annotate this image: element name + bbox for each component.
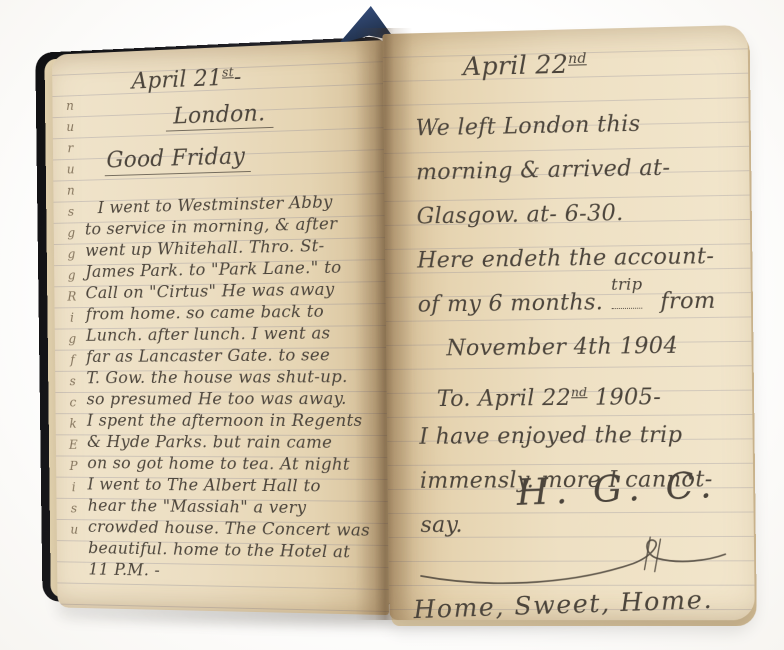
diary-left-page: nurunsgggRigfsckEPisu April 21st- London… <box>52 40 389 615</box>
date-dash: - <box>234 65 242 91</box>
inserted-word: trip <box>611 262 643 309</box>
entry-date-april-21: April 21st- <box>132 64 242 94</box>
edge-letter-fragment: E <box>65 435 82 456</box>
date-ordinal: st <box>222 64 234 79</box>
diary-line: T. Gow. the house was shut-up. <box>86 366 378 389</box>
date-ordinal: nd <box>568 51 587 68</box>
line-text: To. April 22 <box>437 386 571 412</box>
line-text: 1905- <box>587 385 661 411</box>
signature-initials: H. G. C. <box>516 465 720 514</box>
edge-letter-fragment: u <box>62 160 79 182</box>
diary-line: Lunch. after lunch. I went as <box>86 322 378 347</box>
diary-line: from home. so came back to <box>86 300 378 325</box>
entry-place-london: London. <box>166 100 274 131</box>
edge-letter-fragment: s <box>66 499 83 520</box>
diary-right-page: April 22nd We left London thismorning & … <box>382 25 754 620</box>
diary-line: To. April 22nd 1905- <box>437 368 742 415</box>
line-text: of my 6 months. <box>418 290 604 318</box>
photo-background: { "colors": { "page_cream": "#ecdec2", "… <box>0 0 784 650</box>
date-text: April 21 <box>132 66 223 95</box>
edge-letter-fragment: i <box>64 308 81 329</box>
diary-line: I spent the afternoon in Regents <box>87 410 379 432</box>
entry-body-text: I went to Westminster Abbyto service in … <box>85 190 381 586</box>
line-text: from <box>660 288 716 314</box>
diary-line: Here endeth the account- <box>417 234 740 283</box>
diary-line: November 4th 1904 <box>446 324 741 372</box>
diary-line: so presumed He too was away. <box>87 388 379 410</box>
diary-line: We left London this <box>415 100 738 151</box>
edge-letter-fragment: g <box>63 244 80 266</box>
edge-letter-fragment: n <box>62 181 79 203</box>
edge-letter-fragment: u <box>66 520 83 541</box>
edge-letter-fragment: f <box>64 350 81 371</box>
edge-letter-fragment: r <box>62 138 79 160</box>
entry-date-april-22: April 22nd <box>463 49 587 81</box>
diary-line: far as Lancaster Gate. to see <box>86 344 378 368</box>
edge-letter-fragment: k <box>65 414 82 435</box>
edge-letter-fragment: n <box>62 96 79 118</box>
edge-letter-fragment: s <box>64 372 81 393</box>
edge-letter-fragment: u <box>62 117 79 139</box>
edge-letter-fragment: g <box>63 223 80 245</box>
edge-letter-fragment: s <box>63 202 80 224</box>
edge-letter-fragment: P <box>65 456 82 477</box>
edge-letter-fragment: g <box>64 329 81 350</box>
diary-line: on so got home to tea. At night <box>87 453 379 476</box>
edge-letter-fragment: c <box>65 393 82 414</box>
previous-page-edge-letters: nurunsgggRigfsckEPisu <box>62 96 83 541</box>
diary-line: I went to The Albert Hall to <box>87 474 379 498</box>
edge-letter-fragment: R <box>63 287 80 308</box>
diary-line: Glasgow. at- 6-30. <box>416 190 739 240</box>
entry-heading-good-friday: Good Friday <box>104 143 250 176</box>
date-text: April 22 <box>463 50 569 82</box>
date-ordinal: nd <box>571 385 588 399</box>
edge-letter-fragment: g <box>63 266 80 287</box>
signature-flourish <box>415 533 732 592</box>
inserted-word-above-line: trip <box>603 288 660 309</box>
diary-line: I have enjoyed the trip <box>419 413 742 460</box>
diary-line: & Hyde Parks. but rain came <box>87 432 379 454</box>
diary-line: Call on "Cirtus" He was away <box>86 278 378 304</box>
diary-line-with-insertion: of my 6 months.tripfrom <box>417 279 740 328</box>
diary-line: morning & arrived at- <box>416 145 739 195</box>
edge-letter-fragment: i <box>65 478 82 499</box>
